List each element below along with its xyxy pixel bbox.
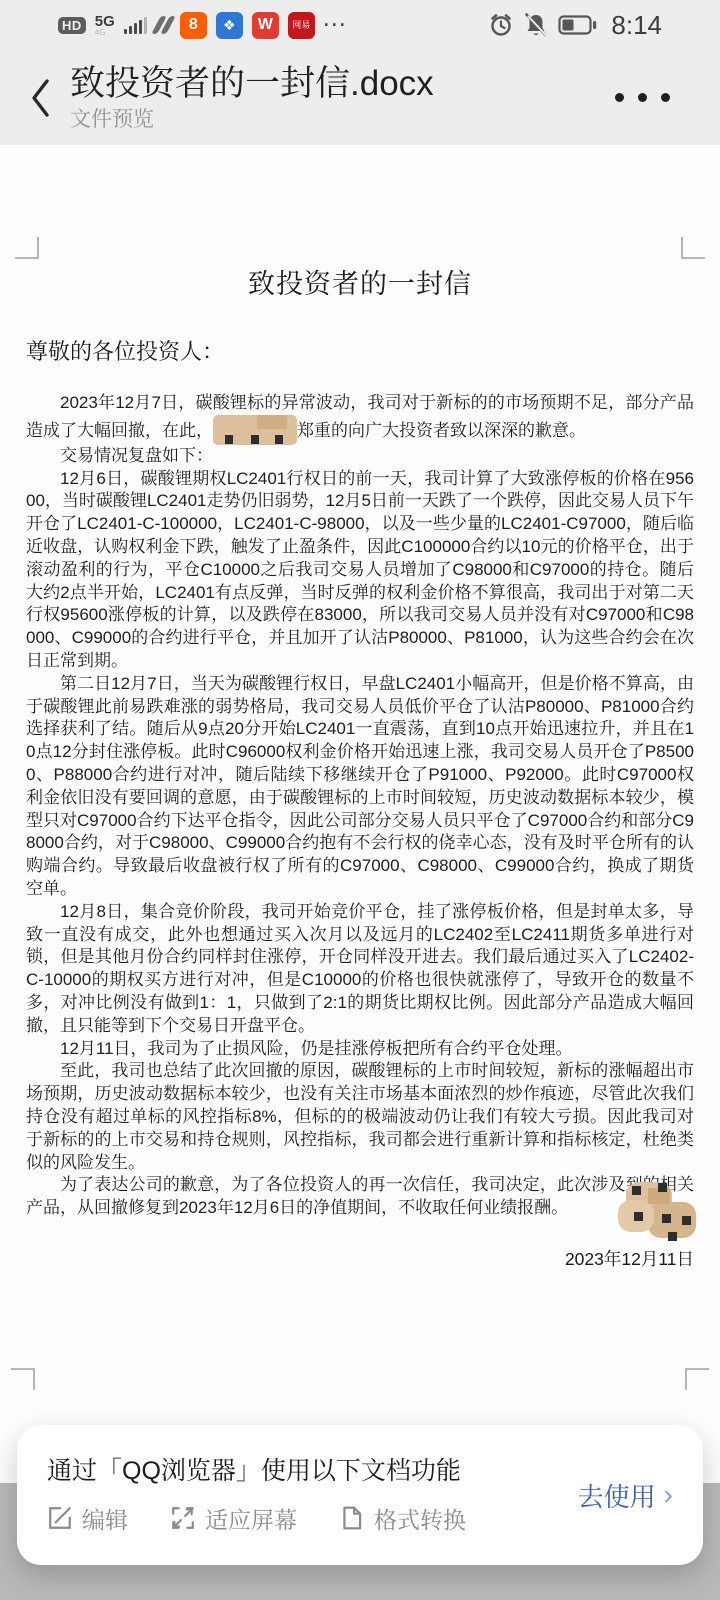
document-body: 致投资者的一封信 尊敬的各位投资人： 2023年12月7日，碳酸锂标的异常波动，…	[0, 145, 720, 1271]
paragraph-apology-text-after: 郑重的向广大投资者致以深深的歉意。	[297, 421, 586, 440]
more-options-button[interactable]	[611, 85, 674, 110]
redacted-company-seal	[618, 1180, 698, 1250]
mute-icon	[523, 12, 549, 38]
page-margin-mark-top-right	[681, 237, 705, 259]
fit-screen-action-button[interactable]: 适应屏幕	[170, 1502, 297, 1535]
page-margin-mark-top-left	[15, 237, 39, 259]
edit-action-button[interactable]: 编辑	[47, 1502, 128, 1535]
menu-dot	[615, 93, 624, 102]
status-bar: HD 5G4G 8 ❖ W 网易 ··· 8:14	[0, 0, 720, 50]
network-type-label: 5G4G	[95, 14, 115, 37]
menu-dot	[661, 93, 670, 102]
alarm-icon	[488, 12, 514, 38]
salutation: 尊敬的各位投资人：	[26, 335, 694, 366]
hd-volte-icon: HD	[58, 17, 86, 34]
carrier-service-icon	[151, 16, 176, 34]
fit-screen-action-label: 适应屏幕	[205, 1502, 297, 1535]
paragraph-review-intro: 交易情况复盘如下：	[26, 445, 694, 468]
clock-time: 8:14	[611, 10, 662, 41]
kuaishou-notification-icon: 8	[180, 12, 207, 39]
battery-icon	[558, 14, 598, 36]
closing-block: 为了表达公司的歉意，为了各位投资人的再一次信任，我司决定，此次涉及到的相关产品，…	[26, 1174, 694, 1271]
paragraph-dec7: 第二日12月7日，当天为碳酸锂行权日，早盘LC2401小幅高开，但是价格不算高，…	[26, 673, 694, 901]
docs-app-notification-icon: ❖	[216, 12, 243, 39]
paragraph-dec11: 12月11日，我司为了止损风险，仍是挂涨停板把所有合约平仓处理。	[26, 1038, 694, 1061]
redacted-company-name	[213, 415, 297, 445]
paragraph-apology: 2023年12月7日，碳酸锂标的异常波动，我司对于新标的的市场预期不足，部分产品…	[26, 392, 694, 445]
paragraph-compensation: 为了表达公司的歉意，为了各位投资人的再一次信任，我司决定，此次涉及到的相关产品，…	[26, 1174, 694, 1220]
file-preview-header: 致投资者的一封信.docx 文件预览	[0, 50, 720, 145]
format-convert-action-label: 格式转换	[374, 1502, 466, 1535]
document-page: 致投资者的一封信 尊敬的各位投资人： 2023年12月7日，碳酸锂标的异常波动，…	[0, 145, 720, 1483]
fit-screen-icon	[170, 1505, 196, 1531]
word-notification-icon: W	[252, 12, 279, 39]
format-convert-action-button[interactable]: 格式转换	[339, 1502, 466, 1535]
signal-bars-icon	[124, 17, 147, 34]
edit-icon	[47, 1505, 73, 1531]
document-date: 2023年12月11日	[26, 1246, 694, 1271]
paragraph-dec8: 12月8日，集合竞价阶段，我司开始竞价平仓，挂了涨停板价格，但是封单太多，导致一…	[26, 901, 694, 1038]
back-chevron-icon	[28, 77, 52, 119]
qq-browser-promo-card: 通过「QQ浏览器」使用以下文档功能 编辑 适应屏幕	[17, 1425, 703, 1565]
go-use-button[interactable]: 去使用 ›	[578, 1477, 673, 1514]
page-margin-mark-bottom-left	[11, 1368, 35, 1390]
page-margin-mark-bottom-right	[685, 1368, 709, 1390]
paragraph-dec6: 12月6日，碳酸锂期权LC2401行权日的前一天，我司计算了大致涨停板的价格在9…	[26, 468, 694, 673]
back-button[interactable]	[20, 70, 60, 126]
file-preview-label: 文件预览	[70, 107, 434, 133]
document-title: 致投资者的一封信	[26, 262, 694, 301]
promo-actions-row: 编辑 适应屏幕 格式转换	[47, 1502, 466, 1535]
netease-notification-icon: 网易	[288, 12, 315, 39]
edit-action-label: 编辑	[82, 1502, 128, 1535]
promo-left-column: 通过「QQ浏览器」使用以下文档功能 编辑 适应屏幕	[47, 1456, 466, 1535]
promo-title: 通过「QQ浏览器」使用以下文档功能	[47, 1456, 466, 1486]
paragraph-summary: 至此，我司也总结了此次回撤的原因，碳酸锂标的上市时间较短，新标的涨幅超出市场预期…	[26, 1060, 694, 1174]
menu-dot	[638, 93, 647, 102]
file-title: 致投资者的一封信.docx	[70, 63, 434, 105]
chevron-right-icon: ›	[664, 1481, 673, 1509]
go-use-label: 去使用	[578, 1477, 656, 1514]
document-icon	[339, 1505, 365, 1531]
network-sub-label: 4G	[95, 29, 115, 37]
more-notifications-icon: ···	[324, 15, 348, 36]
